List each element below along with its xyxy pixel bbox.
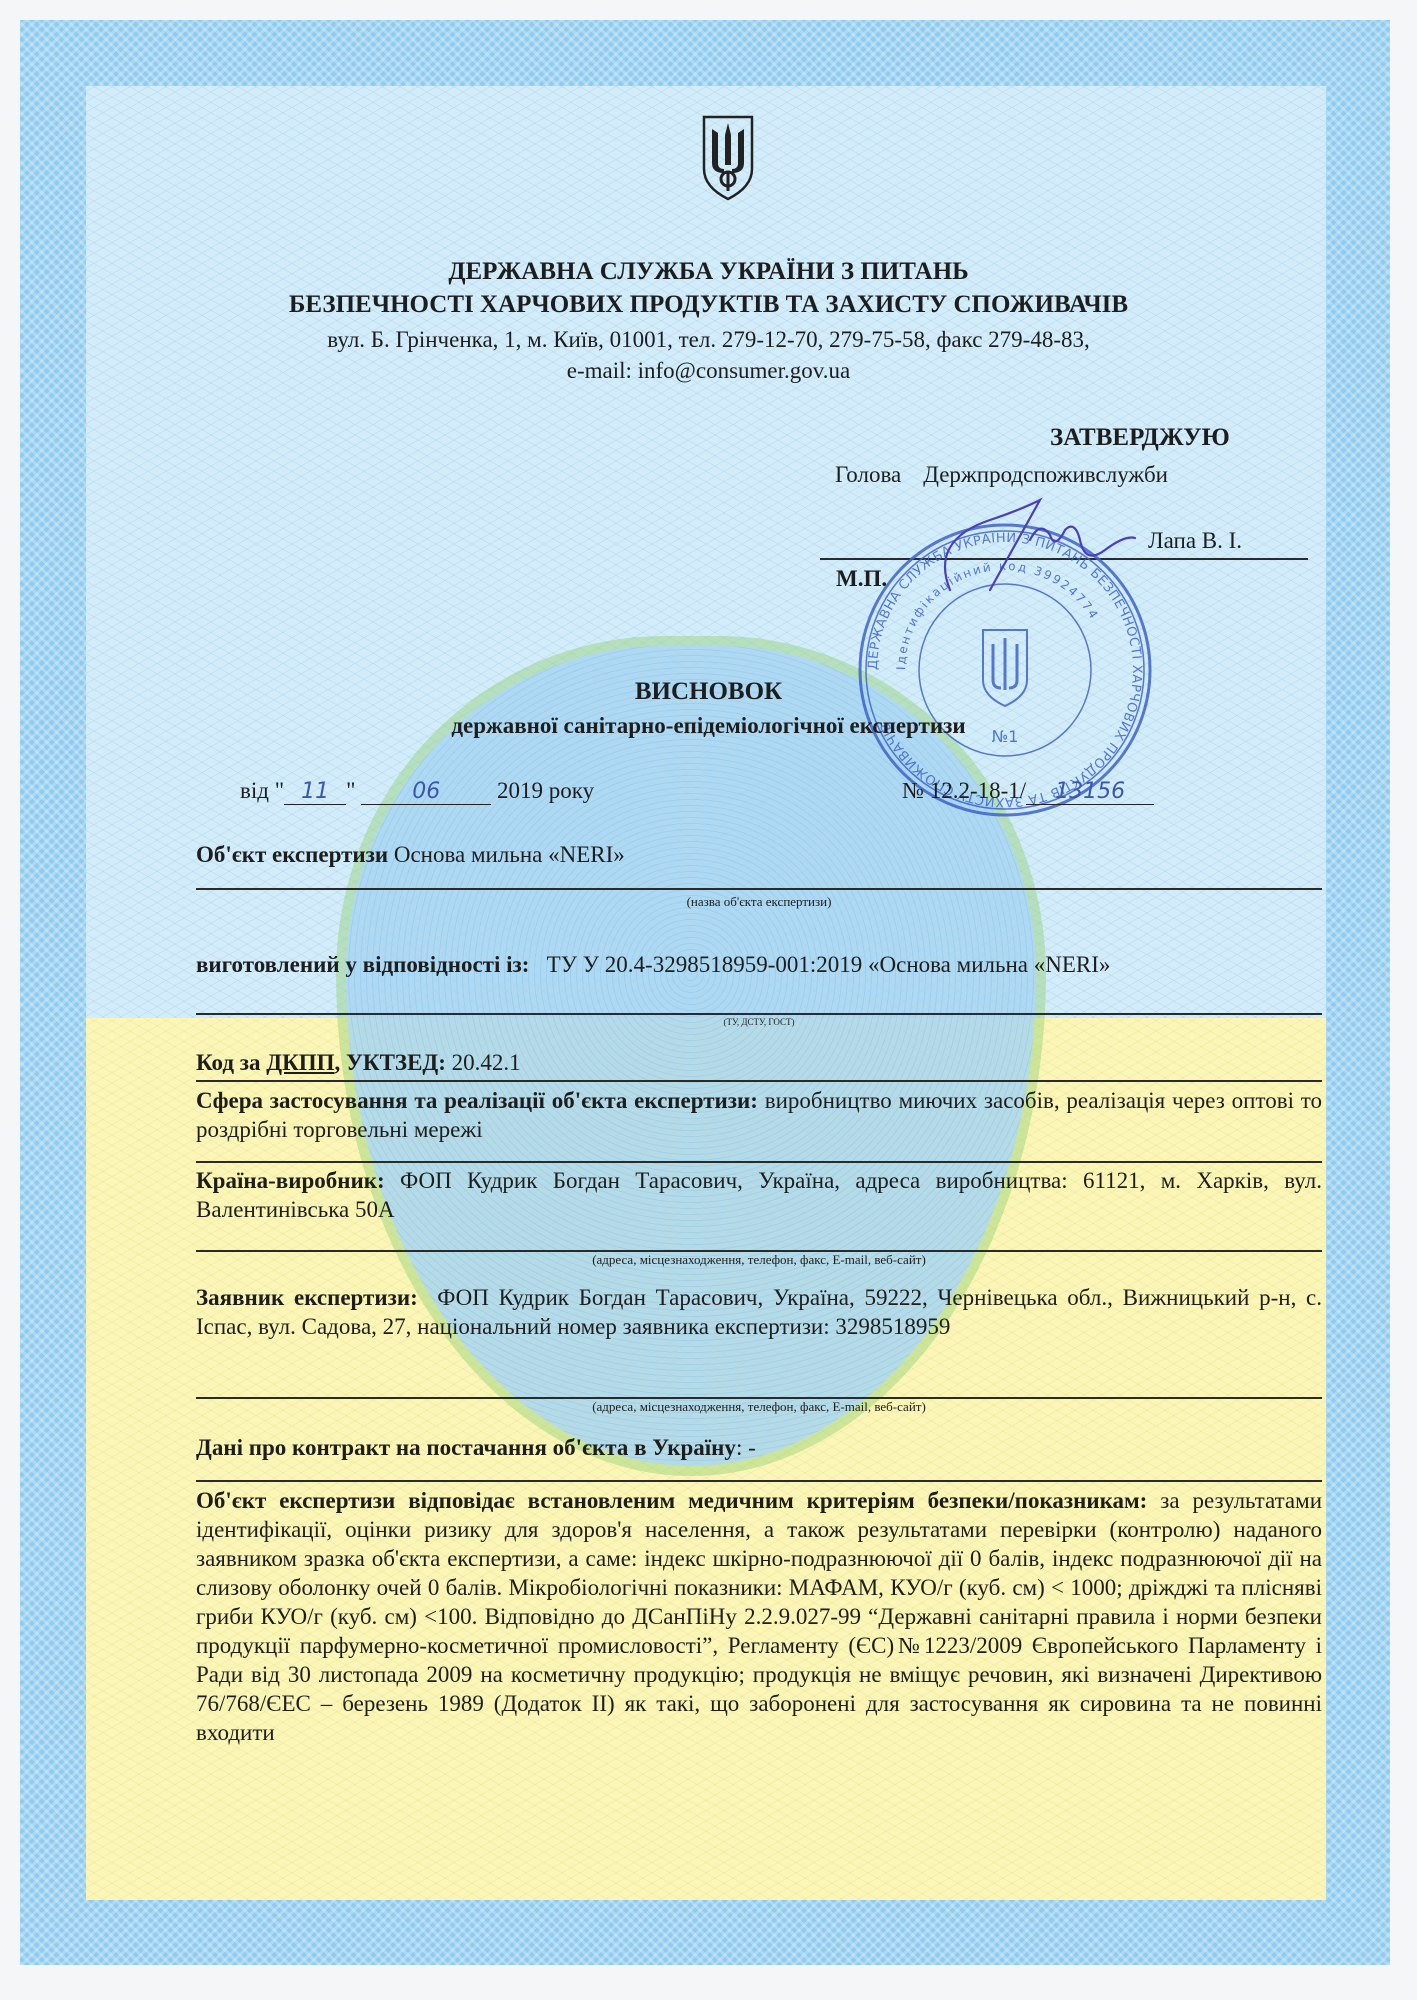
object-value: Основа мильна «NERI» [394,842,625,867]
agency-name-line2: БЕЗПЕЧНОСТІ ХАРЧОВИХ ПРОДУКТІВ ТА ЗАХИСТ… [0,290,1417,320]
document-subtitle: державної санітарно-епідеміологічної екс… [0,713,1417,739]
dkpp-link[interactable]: ДКПП [266,1050,334,1075]
scope-label: Сфера застосування та реалізації об'єкта… [196,1088,758,1113]
date-day: 11 [284,779,346,805]
agency-name-line1: ДЕРЖАВНА СЛУЖБА УКРАЇНИ З ПИТАНЬ [0,257,1417,287]
approval-heading: ЗАТВЕРДЖУЮ [1050,424,1230,452]
code-section: Код за ДКПП, УКТЗЕД: 20.42.1 [196,1048,1322,1077]
object-label: Об'єкт експертизи [196,842,388,867]
contract-rule [196,1480,1322,1482]
date-quote: " [346,778,355,803]
code-value: 20.42.1 [452,1050,521,1075]
scope-rule [196,1161,1322,1163]
object-rule [196,888,1322,890]
manufactured-rule [196,1013,1322,1015]
agency-address: вул. Б. Грінченка, 1, м. Київ, 01001, те… [0,326,1417,354]
code-label-suffix: , УКТЗЕД: [335,1050,452,1075]
agency-email: e-mail: info@consumer.gov.ua [0,357,1417,385]
contract-section: Дані про контракт на постачання об'єкта … [196,1433,1322,1462]
manufactured-value: ТУ У 20.4-3298518959-001:2019 «Основа ми… [547,952,1111,977]
number-value: 13156 [1026,779,1154,805]
document-number: № 12.2-18-1/13156 [902,778,1154,805]
issue-date: від "11" 06 2019 року [240,778,594,805]
date-year: 2019 року [497,778,594,803]
position-title: Голова [835,462,901,487]
object-section: Об'єкт експертизи Основа мильна «NERI» [196,840,1322,869]
applicant-section: Заявник експертизи: ФОП Кудрик Богдан Та… [196,1283,1322,1341]
applicant-caption: (адреса, місцезнаходження, телефон, факс… [196,1399,1322,1415]
manufacturer-label: Країна-виробник: [196,1168,385,1193]
contract-value: : - [736,1435,756,1460]
manufacturer-section: Країна-виробник: ФОП Кудрик Богдан Тарас… [196,1166,1322,1224]
contract-label: Дані про контракт на постачання об'єкта … [196,1435,736,1460]
date-prefix: від " [240,778,284,803]
ukraine-trident-emblem-icon [700,95,756,205]
code-label-prefix: Код за [196,1050,266,1075]
manufactured-label: виготовлений у відповідності із: [196,952,529,977]
code-rule [196,1080,1322,1082]
document-content: ДЕРЖАВНА СЛУЖБА УКРАЇНИ З ПИТАНЬ БЕЗПЕЧН… [0,0,1417,2000]
manufactured-section: виготовлений у відповідності із: ТУ У 20… [196,950,1322,979]
object-caption: (назва об'єкта експертизи) [196,894,1322,910]
handwritten-signature-icon [930,480,1150,610]
conformity-value: за результатами ідентифікації, оцінки ри… [196,1488,1322,1745]
conformity-section: Об'єкт експертизи відповідає встановлени… [196,1486,1322,1747]
applicant-label: Заявник експертизи: [196,1285,418,1310]
number-prefix: № 12.2-18-1/ [902,778,1026,803]
document-title: ВИСНОВОК [0,678,1417,706]
manufactured-caption: (ТУ, ДСТУ, ГОСТ) [196,1017,1322,1027]
scope-section: Сфера застосування та реалізації об'єкта… [196,1086,1322,1144]
conformity-label: Об'єкт експертизи відповідає встановлени… [196,1488,1147,1513]
manufacturer-caption: (адреса, місцезнаходження, телефон, факс… [196,1252,1322,1268]
signatory-name: Лапа В. І. [1148,528,1242,554]
date-month: 06 [361,779,491,805]
